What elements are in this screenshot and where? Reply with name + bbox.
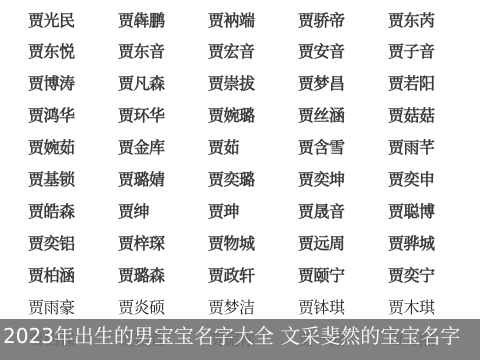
name-item: 贾梦昌 bbox=[298, 68, 345, 99]
name-item: 贾环华 bbox=[118, 100, 165, 131]
name-row: 贾鸿华 贾环华 贾婉璐 贾丝涵 贾菇菇 bbox=[0, 100, 480, 131]
name-row: 贾婉茹 贾金库 贾茹 贾含雪 贾雨芊 bbox=[0, 132, 480, 163]
name-item: 贾茹 bbox=[208, 132, 239, 163]
name-item: 贾含雪 bbox=[298, 132, 345, 163]
name-item: 贾奕坤 bbox=[298, 164, 345, 195]
name-row: 贾基锁 贾璐婧 贾奕璐 贾奕坤 贾奕申 bbox=[0, 164, 480, 195]
name-row: 贾奕铝 贾梓琛 贾物城 贾远周 贾骅城 bbox=[0, 228, 480, 259]
name-item: 贾骄帝 bbox=[298, 5, 345, 36]
name-item: 贾光民 bbox=[28, 5, 75, 36]
name-item: 贾梓琛 bbox=[118, 228, 165, 259]
name-item: 贾晟音 bbox=[298, 196, 345, 227]
name-item: 贾菇菇 bbox=[388, 100, 435, 131]
name-item: 贾物城 bbox=[208, 228, 255, 259]
name-item: 贾安音 bbox=[298, 36, 345, 67]
name-item: 贾东芮 bbox=[388, 5, 435, 36]
name-item: 贾璐婧 bbox=[118, 164, 165, 195]
name-item: 贾绅 bbox=[118, 196, 149, 227]
name-item: 贾崇拔 bbox=[208, 68, 255, 99]
name-item: 贾丝涵 bbox=[298, 100, 345, 131]
name-item: 贾凡森 bbox=[118, 68, 165, 99]
name-item: 贾璐森 bbox=[118, 260, 165, 291]
name-row: 贾东悦 贾东音 贾宏音 贾安音 贾子音 bbox=[0, 36, 480, 67]
name-row: 贾皓森 贾绅 贾珅 贾晟音 贾聪博 bbox=[0, 196, 480, 227]
name-item: 贾鸿华 bbox=[28, 100, 75, 131]
caption-text: 2023年出生的男宝宝名字大全 文采斐然的宝宝名字 bbox=[3, 319, 480, 353]
name-item: 贾婉茹 bbox=[28, 132, 75, 163]
name-item: 贾东悦 bbox=[28, 36, 75, 67]
name-item: 贾若阳 bbox=[388, 68, 435, 99]
name-item: 贾奕璐 bbox=[208, 164, 255, 195]
name-row: 贾柏涵 贾璐森 贾政轩 贾颐宁 贾奕宁 bbox=[0, 260, 480, 291]
name-item: 贾衲端 bbox=[208, 5, 255, 36]
name-item: 贾基锁 bbox=[28, 164, 75, 195]
name-item: 贾犇鹏 bbox=[118, 5, 165, 36]
name-item: 贾政轩 bbox=[208, 260, 255, 291]
name-item: 贾聪博 bbox=[388, 196, 435, 227]
name-item: 贾皓森 bbox=[28, 196, 75, 227]
name-item: 贾远周 bbox=[298, 228, 345, 259]
name-item: 贾颐宁 bbox=[298, 260, 345, 291]
name-item: 贾东音 bbox=[118, 36, 165, 67]
name-row: 贾光民 贾犇鹏 贾衲端 贾骄帝 贾东芮 bbox=[0, 5, 480, 36]
name-item: 贾博涛 bbox=[28, 68, 75, 99]
name-item: 贾珅 bbox=[208, 196, 239, 227]
name-item: 贾奕申 bbox=[388, 164, 435, 195]
name-item: 贾金库 bbox=[118, 132, 165, 163]
name-item: 贾雨芊 bbox=[388, 132, 435, 163]
name-item: 贾骅城 bbox=[388, 228, 435, 259]
name-item: 贾宏音 bbox=[208, 36, 255, 67]
name-item: 贾婉璐 bbox=[208, 100, 255, 131]
name-item: 贾奕铝 bbox=[28, 228, 75, 259]
name-row: 贾博涛 贾凡森 贾崇拔 贾梦昌 贾若阳 bbox=[0, 68, 480, 99]
name-item: 贾子音 bbox=[388, 36, 435, 67]
name-item: 贾奕宁 bbox=[388, 260, 435, 291]
name-item: 贾柏涵 bbox=[28, 260, 75, 291]
